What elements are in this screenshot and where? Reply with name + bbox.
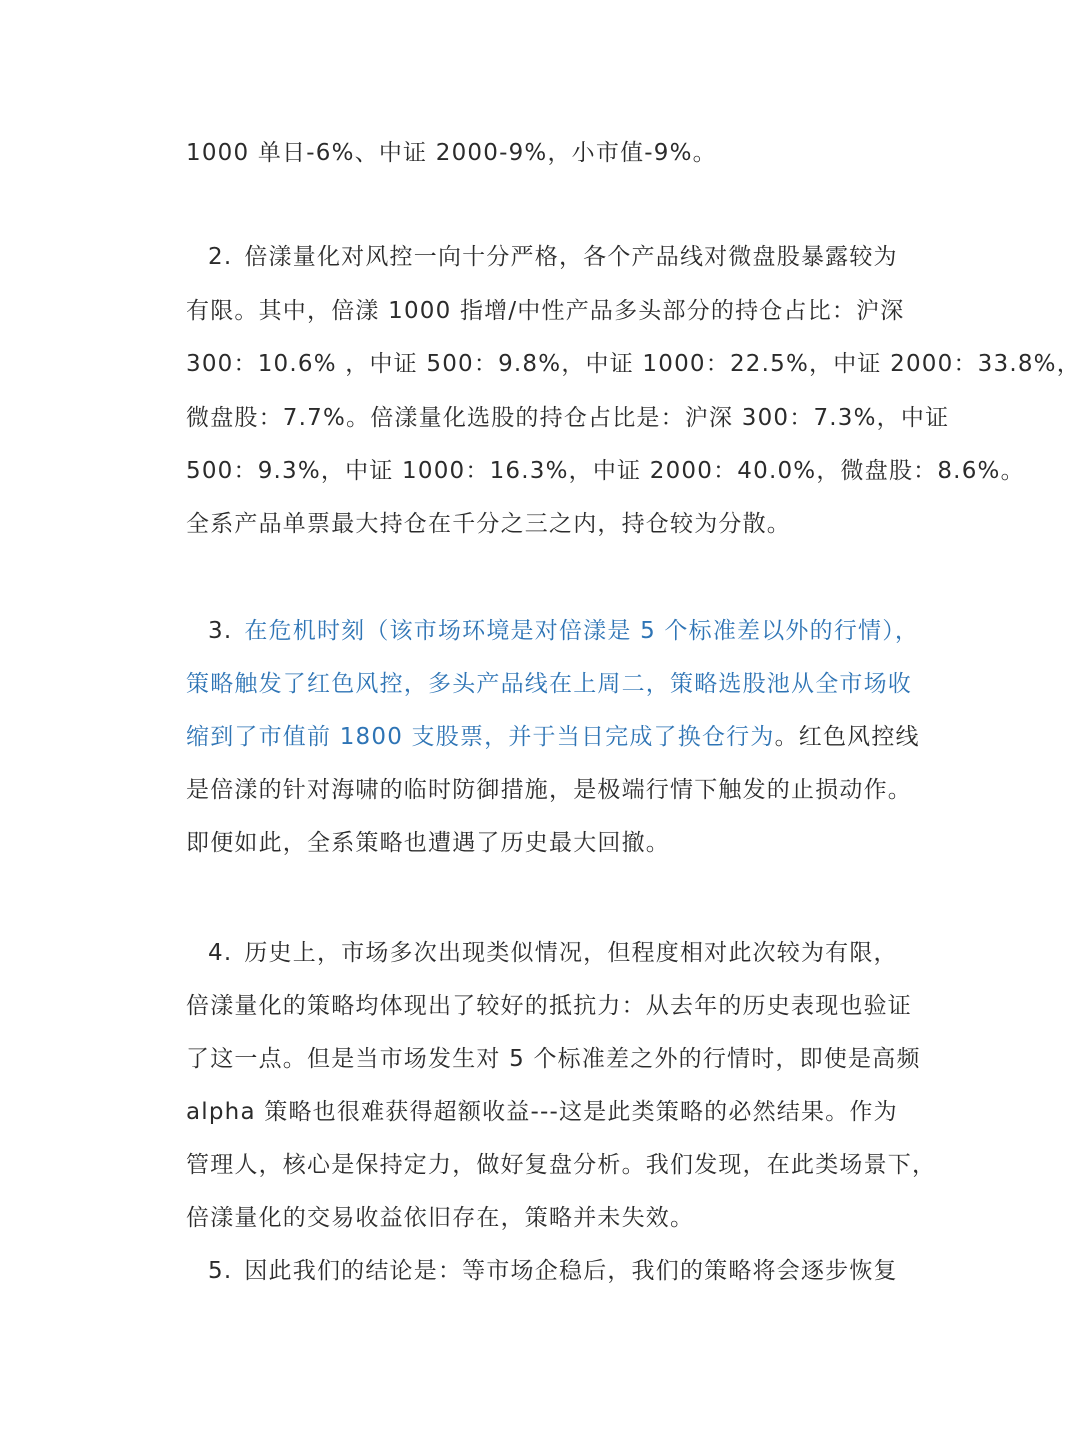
highlighted-text: 缩到了市值前 1800 支股票，并于当日完成了换仓行为	[186, 724, 775, 750]
text: 即便如此，全系策略也遭遇了历史最大回撤。	[186, 830, 670, 856]
paragraph-2-line: 微盘股：7.7%。倍漾量化选股的持仓占比是：沪深 300：7.3%，中证	[186, 403, 949, 433]
list-number: 5.	[208, 1258, 232, 1284]
paragraph-2-line: 300：10.6% ，中证 500：9.8%，中证 1000：22.5%，中证 …	[186, 349, 1080, 379]
list-number: 2.	[208, 244, 232, 270]
list-number: 4.	[208, 940, 232, 966]
paragraph-4-line: 4.历史上，市场多次出现类似情况，但程度相对此次较为有限，	[208, 938, 898, 968]
paragraph-2-line: 500：9.3%，中证 1000：16.3%，中证 2000：40.0%，微盘股…	[186, 456, 1025, 486]
text: 300：10.6% ，中证 500：9.8%，中证 1000：22.5%，中证 …	[186, 351, 1080, 377]
paragraph-4-line: alpha 策略也很难获得超额收益---这是此类策略的必然结果。作为	[186, 1097, 898, 1127]
paragraph-3-line: 策略触发了红色风控，多头产品线在上周二，策略选股池从全市场收	[186, 669, 912, 699]
text: 倍漾量化的策略均体现出了较好的抵抗力：从去年的历史表现也验证	[186, 993, 912, 1019]
paragraph-3-line: 是倍漾的针对海啸的临时防御措施，是极端行情下触发的止损动作。	[186, 775, 912, 805]
text: 微盘股：7.7%。倍漾量化选股的持仓占比是：沪深 300：7.3%，中证	[186, 405, 949, 431]
paragraph-5-line: 5.因此我们的结论是：等市场企稳后，我们的策略将会逐步恢复	[208, 1256, 898, 1286]
text: 因此我们的结论是：等市场企稳后，我们的策略将会逐步恢复	[244, 1258, 897, 1284]
text: 500：9.3%，中证 1000：16.3%，中证 2000：40.0%，微盘股…	[186, 458, 1025, 484]
text: 历史上，市场多次出现类似情况，但程度相对此次较为有限，	[244, 940, 897, 966]
paragraph-1-line: 1000 单日-6%、中证 2000-9%，小市值-9%。	[186, 138, 717, 168]
paragraph-3-line: 缩到了市值前 1800 支股票，并于当日完成了换仓行为。红色风控线	[186, 722, 920, 752]
highlighted-text: 在危机时刻（该市场环境是对倍漾是 5 个标准差以外的行情），	[244, 618, 919, 644]
paragraph-2-line: 有限。其中，倍漾 1000 指增/中性产品多头部分的持仓占比：沪深	[186, 296, 905, 326]
paragraph-4-line: 了这一点。但是当市场发生对 5 个标准差之外的行情时，即使是高频	[186, 1044, 921, 1074]
text: 。红色风控线	[775, 724, 920, 750]
paragraph-4-line: 倍漾量化的策略均体现出了较好的抵抗力：从去年的历史表现也验证	[186, 991, 912, 1021]
paragraph-4-line: 管理人，核心是保持定力，做好复盘分析。我们发现，在此类场景下，	[186, 1150, 936, 1180]
paragraph-3-line: 即便如此，全系策略也遭遇了历史最大回撤。	[186, 828, 670, 858]
paragraph-3-line: 3.在危机时刻（该市场环境是对倍漾是 5 个标准差以外的行情），	[208, 616, 919, 646]
text: 倍漾量化的交易收益依旧存在，策略并未失效。	[186, 1205, 694, 1231]
text: 了这一点。但是当市场发生对 5 个标准差之外的行情时，即使是高频	[186, 1046, 921, 1072]
text: 1000 单日-6%、中证 2000-9%，小市值-9%。	[186, 140, 717, 166]
text: 有限。其中，倍漾 1000 指增/中性产品多头部分的持仓占比：沪深	[186, 298, 905, 324]
paragraph-2-line: 2.倍漾量化对风控一向十分严格，各个产品线对微盘股暴露较为	[208, 242, 898, 272]
paragraph-4-line: 倍漾量化的交易收益依旧存在，策略并未失效。	[186, 1203, 694, 1233]
text: 是倍漾的针对海啸的临时防御措施，是极端行情下触发的止损动作。	[186, 777, 912, 803]
text: 全系产品单票最大持仓在千分之三之内，持仓较为分散。	[186, 511, 791, 537]
text: alpha 策略也很难获得超额收益---这是此类策略的必然结果。作为	[186, 1099, 898, 1125]
list-number: 3.	[208, 618, 232, 644]
text: 管理人，核心是保持定力，做好复盘分析。我们发现，在此类场景下，	[186, 1152, 936, 1178]
highlighted-text: 策略触发了红色风控，多头产品线在上周二，策略选股池从全市场收	[186, 671, 912, 697]
paragraph-2-line: 全系产品单票最大持仓在千分之三之内，持仓较为分散。	[186, 509, 791, 539]
text: 倍漾量化对风控一向十分严格，各个产品线对微盘股暴露较为	[244, 244, 897, 270]
